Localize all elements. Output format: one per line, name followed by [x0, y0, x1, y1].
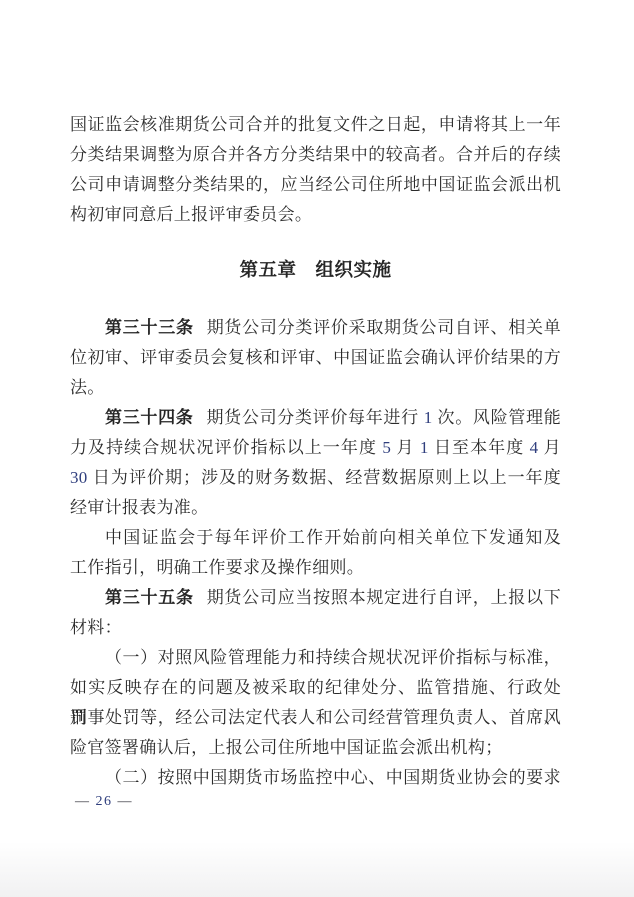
body-line: 构初审同意后上报评审委员会。	[70, 200, 561, 230]
body-line: 国证监会核准期货公司合并的批复文件之日起，申请将其上一年	[70, 110, 561, 140]
article-number: 第三十五条	[105, 588, 194, 607]
body-line: 刑事处罚等，经公司法定代表人和公司经营管理负责人、首席风	[70, 703, 561, 733]
chapter-heading: 第五章 组织实施	[70, 256, 561, 286]
body-line: 工作指引，明确工作要求及操作细则。	[70, 553, 561, 583]
article-text: 期货公司应当按照本规定进行自评，上报以下	[207, 588, 561, 607]
article-number: 第三十三条	[105, 318, 194, 337]
document-body: 国证监会核准期货公司合并的批复文件之日起，申请将其上一年 分类结果调整为原合并各…	[70, 110, 561, 793]
body-line: 力及持续合规状况评价指标以上一年度 5 月 1 日至本年度 4 月	[70, 433, 561, 463]
article-heading-line: 第三十五条期货公司应当按照本规定进行自评，上报以下	[70, 583, 561, 613]
body-line: 如实反映存在的问题及被采取的纪律处分、监管措施、行政处罚、	[70, 673, 561, 703]
body-line: 法。	[70, 373, 561, 403]
article-number: 第三十四条	[105, 408, 193, 427]
body-line: 位初审、评审委员会复核和评审、中国证监会确认评价结果的方	[70, 343, 561, 373]
list-item-line: （二）按照中国期货市场监控中心、中国期货业协会的要求	[70, 763, 561, 793]
body-line: 中国证监会于每年评价工作开始前向相关单位下发通知及	[70, 523, 561, 553]
body-line: 经审计报表为准。	[70, 493, 561, 523]
body-line: 30 日为评价期；涉及的财务数据、经营数据原则上以上一年度	[70, 463, 561, 493]
document-page: 国证监会核准期货公司合并的批复文件之日起，申请将其上一年 分类结果调整为原合并各…	[0, 0, 634, 897]
page-number: — 26 —	[75, 792, 133, 812]
body-line: 材料：	[70, 613, 561, 643]
article-heading-line: 第三十四条期货公司分类评价每年进行 1 次。风险管理能	[70, 403, 561, 433]
article-heading-line: 第三十三条期货公司分类评价采取期货公司自评、相关单	[70, 313, 561, 343]
body-line: 公司申请调整分类结果的，应当经公司住所地中国证监会派出机	[70, 170, 561, 200]
page-edge-shadow	[0, 842, 634, 897]
body-line: 分类结果调整为原合并各方分类结果中的较高者。合并后的存续	[70, 140, 561, 170]
list-item-line: （一）对照风险管理能力和持续合规状况评价指标与标准，	[70, 643, 561, 673]
body-line: 险官签署确认后，上报公司住所地中国证监会派出机构；	[70, 733, 561, 763]
article-text: 期货公司分类评价每年进行 1 次。风险管理能	[206, 408, 561, 427]
article-text: 期货公司分类评价采取期货公司自评、相关单	[207, 318, 561, 337]
